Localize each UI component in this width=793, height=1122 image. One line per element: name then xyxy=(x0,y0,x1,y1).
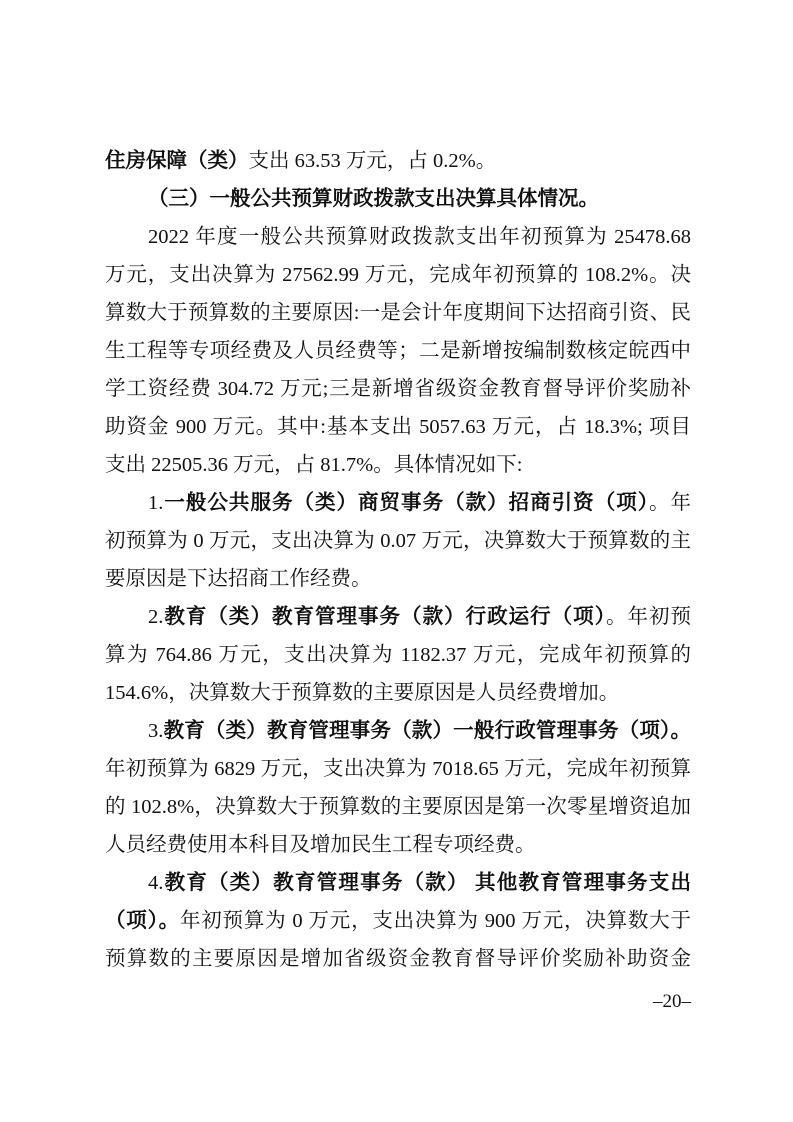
text-line: （项）。年初预算为 0 万元，支出决算为 900 万元，决算数大于 xyxy=(105,902,691,940)
text-line: 4.教育（类）教育管理事务（款） 其他教育管理事务支出 xyxy=(105,864,691,902)
text-segment: 2. xyxy=(148,606,163,628)
text-line: 年初预算为 6829 万元，支出决算为 7018.65 万元，完成年初预算 xyxy=(105,750,691,788)
text-segment: 。年初预 xyxy=(606,606,691,628)
text-segment: 学工资经费 304.72 万元;三是新增省级资金教育督导评价奖励补 xyxy=(105,378,691,400)
text-segment: 支出 22505.36 万元，占 81.7%。具体情况如下: xyxy=(105,454,522,476)
text-line: 生工程等专项经费及人员经费等；二是新增按编制数核定皖西中 xyxy=(105,332,691,370)
text-line: 预算数的主要原因是增加省级资金教育督导评价奖励补助资金 xyxy=(105,940,691,978)
text-segment: （三）一般公共预算财政拨款支出决算具体情况。 xyxy=(148,188,599,210)
text-line: 的 102.8%，决算数大于预算数的主要原因是第一次零星增资追加 xyxy=(105,788,691,826)
text-line: 住房保障（类）支出 63.53 万元，占 0.2%。 xyxy=(105,142,691,180)
text-segment: 万元，支出决算为 27562.99 万元，完成年初预算的 108.2%。决 xyxy=(105,264,691,286)
text-segment: 初预算为 0 万元，支出决算为 0.07 万元，决算数大于预算数的主 xyxy=(105,530,691,552)
text-line: 人员经费使用本科目及增加民生工程专项经费。 xyxy=(105,826,691,864)
text-line: 初预算为 0 万元，支出决算为 0.07 万元，决算数大于预算数的主 xyxy=(105,522,691,560)
text-line: 助资金 900 万元。其中:基本支出 5057.63 万元，占 18.3%; 项… xyxy=(105,408,691,446)
text-segment: 支出 63.53 万元，占 0.2%。 xyxy=(249,150,497,172)
text-line: （三）一般公共预算财政拨款支出决算具体情况。 xyxy=(105,180,691,218)
document-body: 住房保障（类）支出 63.53 万元，占 0.2%。（三）一般公共预算财政拨款支… xyxy=(105,142,691,978)
text-segment: 的 102.8%，决算数大于预算数的主要原因是第一次零星增资追加 xyxy=(105,796,691,818)
text-segment: 4. xyxy=(148,872,163,894)
text-segment: 生工程等专项经费及人员经费等；二是新增按编制数核定皖西中 xyxy=(105,340,691,362)
document-page: 住房保障（类）支出 63.53 万元，占 0.2%。（三）一般公共预算财政拨款支… xyxy=(0,0,793,1122)
text-segment: 预算数的主要原因是增加省级资金教育督导评价奖励补助资金 xyxy=(105,948,691,970)
text-line: 万元，支出决算为 27562.99 万元，完成年初预算的 108.2%。决 xyxy=(105,256,691,294)
text-segment: 算数大于预算数的主要原因:一是会计年度期间下达招商引资、民 xyxy=(105,302,691,324)
text-segment: 助资金 900 万元。其中:基本支出 5057.63 万元，占 18.3%; 项… xyxy=(105,416,691,438)
text-segment: 一般公共服务（类）商贸事务（款）招商引资（项） xyxy=(163,492,649,514)
text-line: 算数大于预算数的主要原因:一是会计年度期间下达招商引资、民 xyxy=(105,294,691,332)
text-segment: 年初预算为 6829 万元，支出决算为 7018.65 万元，完成年初预算 xyxy=(105,758,691,780)
text-segment: 要原因是下达招商工作经费。 xyxy=(105,568,372,590)
text-segment: 教育（类）教育管理事务（款） 其他教育管理事务支出 xyxy=(163,872,691,894)
text-line: 1.一般公共服务（类）商贸事务（款）招商引资（项）。年 xyxy=(105,484,691,522)
text-line: 要原因是下达招商工作经费。 xyxy=(105,560,691,598)
text-line: 算为 764.86 万元，支出决算为 1182.37 万元，完成年初预算的 xyxy=(105,636,691,674)
text-segment: 154.6%，决算数大于预算数的主要原因是人员经费增加。 xyxy=(105,682,619,704)
text-line: 3.教育（类）教育管理事务（款）一般行政管理事务（项）。 xyxy=(105,712,691,750)
text-line: 154.6%，决算数大于预算数的主要原因是人员经费增加。 xyxy=(105,674,691,712)
text-segment: （项）。 xyxy=(105,910,180,932)
page-number: –20– xyxy=(105,988,691,1016)
text-segment: 。年 xyxy=(649,492,691,514)
text-line: 学工资经费 304.72 万元;三是新增省级资金教育督导评价奖励补 xyxy=(105,370,691,408)
text-segment: 教育（类）教育管理事务（款）行政运行（项） xyxy=(163,606,606,628)
text-segment: 年初预算为 0 万元，支出决算为 900 万元，决算数大于 xyxy=(180,910,691,932)
text-segment: 住房保障（类） xyxy=(105,150,249,172)
text-segment: 1. xyxy=(148,492,163,514)
text-segment: 2022 年度一般公共预算财政拨款支出年初预算为 25478.68 xyxy=(148,226,691,248)
text-line: 2022 年度一般公共预算财政拨款支出年初预算为 25478.68 xyxy=(105,218,691,256)
text-segment: 人员经费使用本科目及增加民生工程专项经费。 xyxy=(105,834,536,856)
text-segment: 3. xyxy=(148,720,163,742)
text-line: 支出 22505.36 万元，占 81.7%。具体情况如下: xyxy=(105,446,691,484)
text-segment: 算为 764.86 万元，支出决算为 1182.37 万元，完成年初预算的 xyxy=(105,644,691,666)
text-segment: 教育（类）教育管理事务（款）一般行政管理事务（项）。 xyxy=(163,720,691,742)
text-line: 2.教育（类）教育管理事务（款）行政运行（项）。年初预 xyxy=(105,598,691,636)
